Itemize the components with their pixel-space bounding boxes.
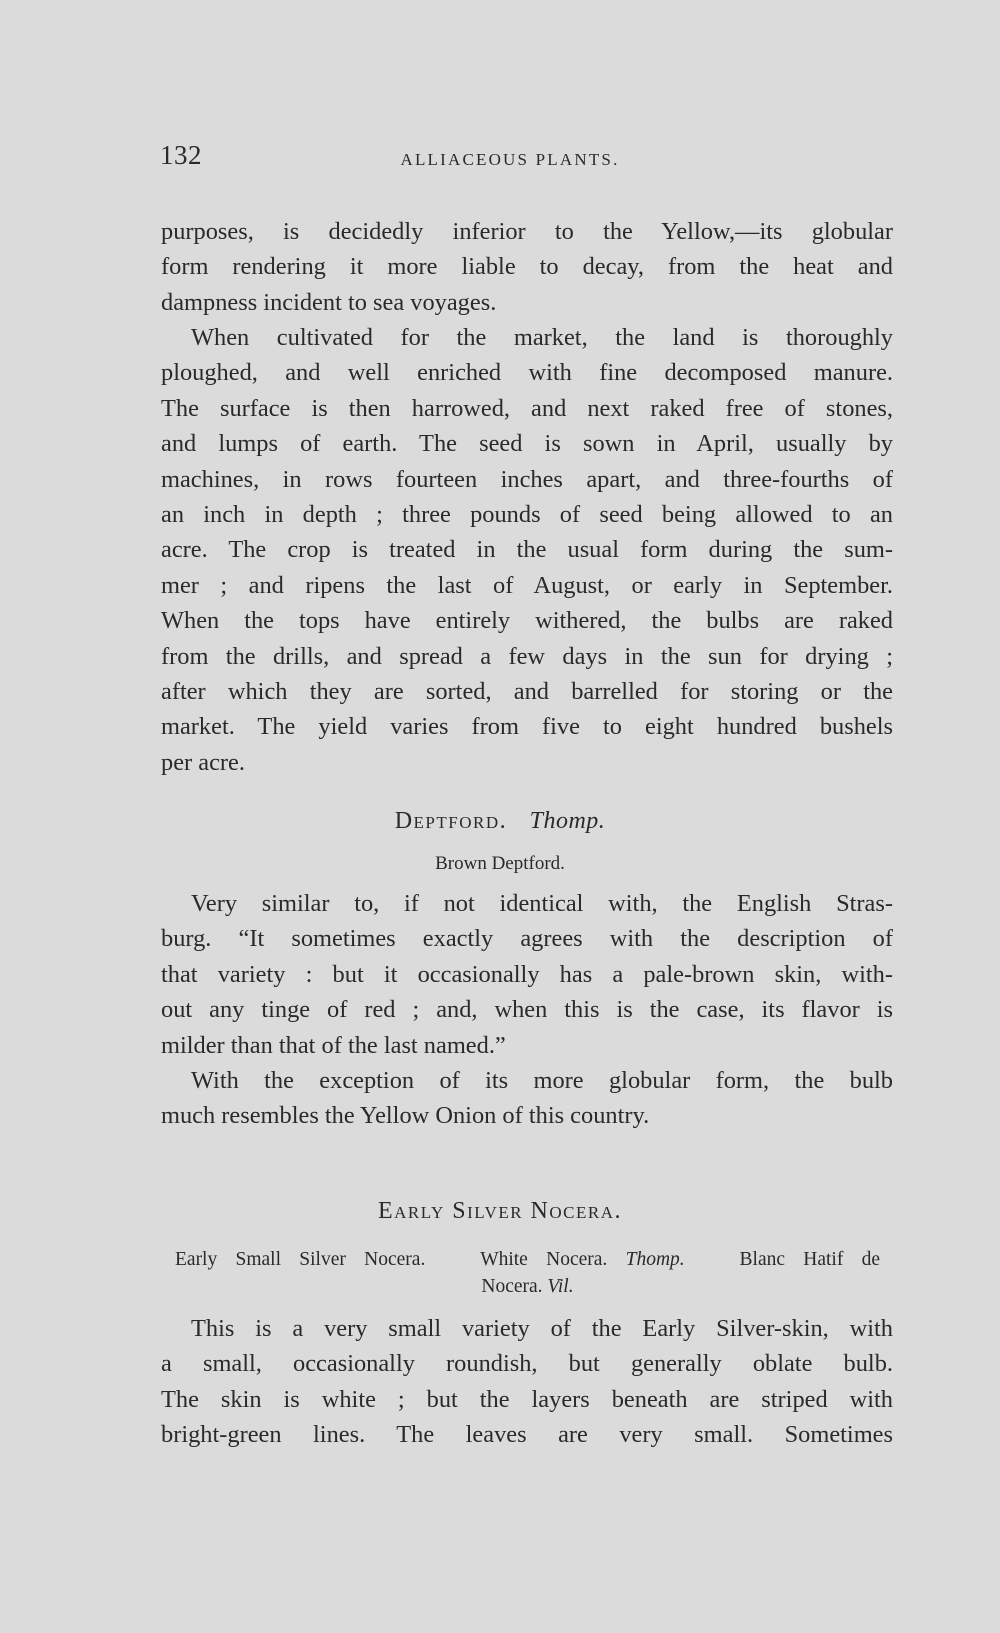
paragraph-deptford-1: Very similar to, if not identical with, … (161, 886, 893, 1063)
text-line: When cultivated for the market, the land… (161, 320, 893, 355)
synonym: Blanc Hatif de (740, 1249, 881, 1270)
text-line: dampness incident to sea voyages. (161, 285, 893, 320)
section-heading-nocera: Early Silver Nocera. (0, 1198, 1000, 1225)
text-line: The skin is white ; but the layers benea… (161, 1382, 893, 1417)
text-line: When the tops have entirely withered, th… (161, 603, 893, 638)
text-line: mer ; and ripens the last of August, or … (161, 568, 893, 603)
authority: Thomp. (626, 1249, 685, 1270)
authority: Thomp. (530, 808, 606, 834)
synonyms-nocera: Early Small Silver Nocera. White Nocera.… (175, 1246, 880, 1300)
text-line: that variety : but it occasionally has a… (161, 957, 893, 992)
text-line: bright-green lines. The leaves are very … (161, 1417, 893, 1452)
synonym-line: Nocera. Vil. (175, 1273, 880, 1300)
text-line: much resembles the Yellow Onion of this … (161, 1098, 893, 1133)
paragraph-deptford-2: With the exception of its more globular … (161, 1063, 893, 1134)
text-line: Very similar to, if not identical with, … (161, 886, 893, 921)
text-line: ploughed, and well enriched with fine de… (161, 355, 893, 390)
variety-name: Early Silver Nocera. (378, 1198, 622, 1224)
text-line: machines, in rows fourteen inches apart,… (161, 462, 893, 497)
text-line: The surface is then harrowed, and next r… (161, 391, 893, 426)
text-line: out any tinge of red ; and, when this is… (161, 992, 893, 1027)
text-line: This is a very small variety of the Earl… (161, 1311, 893, 1346)
synonym: Early Small Silver Nocera. (175, 1249, 425, 1270)
text-line: milder than that of the last named.” (161, 1028, 893, 1063)
synonym-line: Early Small Silver Nocera. White Nocera.… (175, 1246, 880, 1273)
text-line: acre. The crop is treated in the usual f… (161, 532, 893, 567)
authority: Vil. (547, 1276, 573, 1297)
text-line: an inch in depth ; three pounds of seed … (161, 497, 893, 532)
paragraph-continued: purposes, is decidedly inferior to the Y… (161, 214, 893, 320)
text-line: and lumps of earth. The seed is sown in … (161, 426, 893, 461)
paragraph-cultivation: When cultivated for the market, the land… (161, 320, 893, 780)
paragraph-nocera: This is a very small variety of the Earl… (161, 1311, 893, 1453)
text-line: after which they are sorted, and barrell… (161, 674, 893, 709)
text-line: purposes, is decidedly inferior to the Y… (161, 214, 893, 249)
synonym-deptford: Brown Deptford. (0, 853, 1000, 875)
section-heading-deptford: Deptford. Thomp. (0, 808, 1000, 835)
text-line: per acre. (161, 745, 893, 780)
running-head: ALLIACEOUS PLANTS. (0, 150, 1000, 170)
text-line: market. The yield varies from five to ei… (161, 709, 893, 744)
text-line: form rendering it more liable to decay, … (161, 249, 893, 284)
text-line: burg. “It sometimes exactly agrees with … (161, 921, 893, 956)
variety-name: Deptford. (395, 808, 507, 834)
text-line: a small, occasionally roundish, but gene… (161, 1346, 893, 1381)
synonym: Nocera. (481, 1276, 542, 1297)
text-line: With the exception of its more globular … (161, 1063, 893, 1098)
synonym: White Nocera. (480, 1249, 607, 1270)
text-line: from the drills, and spread a few days i… (161, 639, 893, 674)
